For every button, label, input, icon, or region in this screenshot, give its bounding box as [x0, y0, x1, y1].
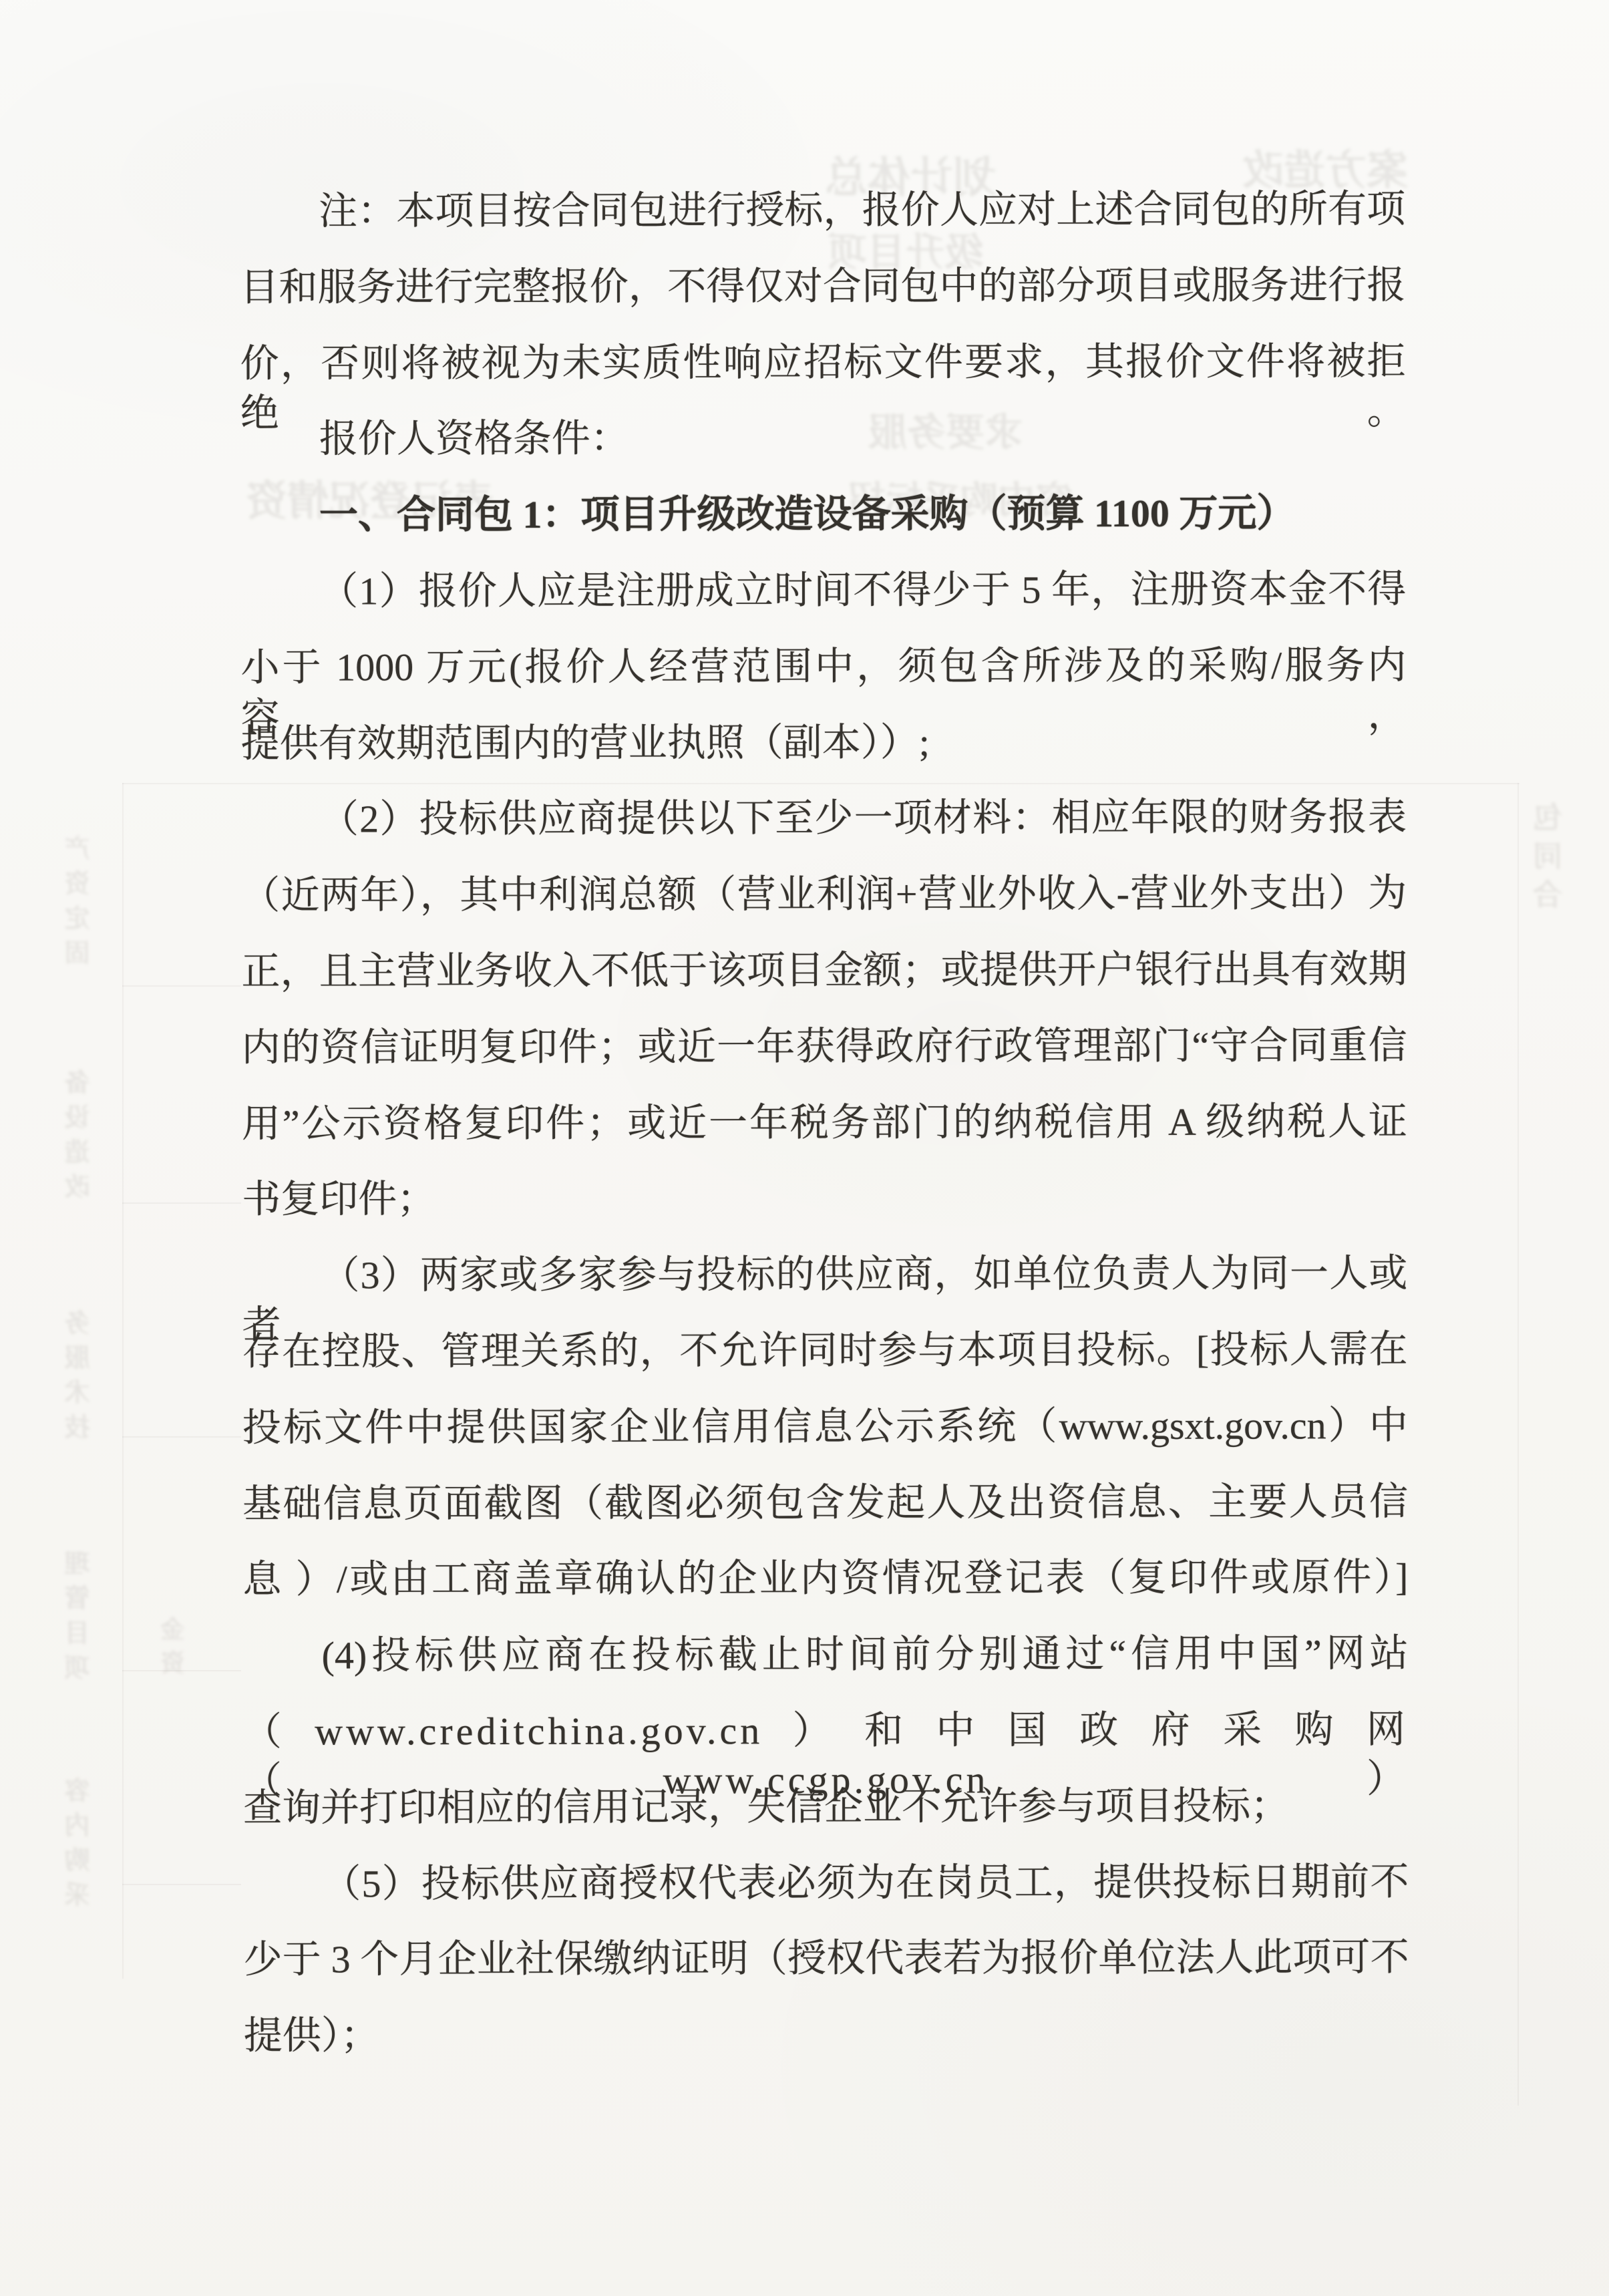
document-text: 注：本项目按合同包进行授标，报价人应对上述合同包的所有项目和服务进行完整报价，不… — [0, 0, 1609, 2296]
text-line: 存在控股、管理关系的，不允许同时参与本项目投标。[投标人需在 — [242, 1325, 1408, 1377]
text-line: 书复印件； — [242, 1173, 1407, 1225]
text-line: 价，否则将被视为未实质性响应招标文件要求，其报价文件将被拒绝。 — [240, 337, 1405, 389]
text-line: 报价人资格条件： — [240, 413, 1406, 465]
text-line: （近两年），其中利润总额（营业利润+营业外收入-营业外支出）为 — [241, 868, 1407, 921]
text-line: 少于 3 个月企业社保缴纳证明（授权代表若为报价单位法人此项可不 — [243, 1933, 1409, 1985]
text-line: 一、合同包 1：项目升级改造设备采购（预算 1100 万元） — [240, 488, 1406, 540]
text-line: 用”公示资格复印件；或近一年税务部门的纳税信用 A 级纳税人证 — [242, 1097, 1407, 1149]
text-line: 息 ）/或由工商盖章确认的企业内资情况登记表（复印件或原件）] — [242, 1552, 1408, 1605]
text-line: 查询并打印相应的信用记录，失信企业不允许参与项目投标； — [243, 1781, 1409, 1833]
text-line: 提供有效期范围内的营业执照（副本））; — [241, 717, 1407, 769]
text-line: （3）两家或多家参与投标的供应商，如单位负责人为同一人或者 — [242, 1249, 1407, 1301]
text-line: （www.creditchina.gov.cn）和中国政府采购网（www.ccg… — [243, 1705, 1409, 1757]
text-line: 目和服务进行完整报价，不得仅对合同包中的部分项目或服务进行报 — [240, 261, 1405, 313]
text-line: (4)投标供应商在投标截止时间前分别通过“信用中国”网站 — [243, 1629, 1409, 1681]
text-line: 提供）； — [244, 2009, 1409, 2061]
text-line: （1）报价人应是注册成立时间不得少于 5 年，注册资本金不得 — [240, 564, 1406, 617]
text-line: 投标文件中提供国家企业信用信息公示系统（www.gsxt.gov.cn）中 — [242, 1401, 1408, 1453]
text-line: 注：本项目按合同包进行授标，报价人应对上述合同包的所有项 — [240, 184, 1405, 236]
text-line: 正，且主营业务收入不低于该项目金额；或提供开户银行出具有效期 — [241, 945, 1407, 997]
text-line: 内的资信证明复印件；或近一年获得政府行政管理部门“守合同重信 — [242, 1021, 1407, 1073]
text-line: （2）投标供应商提供以下至少一项材料：相应年限的财务报表 — [241, 793, 1407, 845]
text-line: 小于 1000 万元(报价人经营范围中，须包含所涉及的采购/服务内容， — [240, 641, 1406, 693]
text-line: （5）投标供应商授权代表必须为在岗员工，提供投标日期前不 — [243, 1857, 1409, 1909]
scanned-document-page: 划计体总案方造改级升目项求要务服容内购采标招表记登况情资包同合产资定固备设造改务… — [0, 0, 1609, 2296]
text-line: 基础信息页面截图（截图必须包含发起人及出资信息、主要人员信 — [242, 1477, 1408, 1529]
